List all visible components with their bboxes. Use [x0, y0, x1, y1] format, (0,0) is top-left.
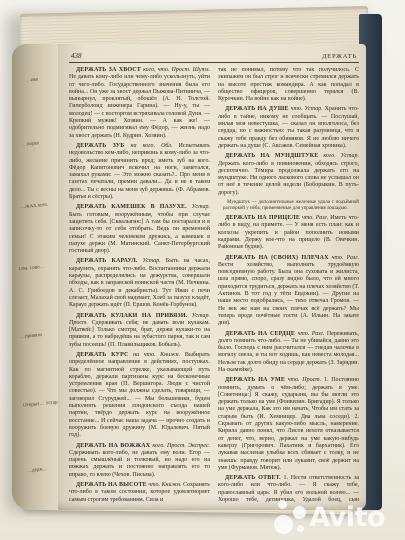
dictionary-entry: ДЕРЖАТЬ ЗУБ на кого. Обл. Испытывать нед…: [69, 143, 210, 201]
dictionary-entry: ДЕРЖАТЬ НА ВОЖЖАХ кого. Прост. Экспрес. …: [69, 443, 210, 479]
entry-body: Держать кого-либо в повиновении, обходяс…: [218, 161, 359, 196]
page-fragment-text: …ике: [26, 77, 39, 83]
usage-label: кого. Прост. Экспрес.: [150, 443, 210, 449]
page-fragment-text: …ЖАХ кого.: [20, 203, 49, 210]
headword: ДЕРЖАТЬ ОТВЕТ.: [225, 475, 281, 481]
headword: ДЕРЖАТЬ ЗА ХВОСТ: [76, 67, 141, 73]
headword: ДЕРЖАТЬ КАМЕШЕК В ПАЗУХЕ.: [76, 204, 187, 210]
left-column: ДЕРЖАТЬ ЗА ХВОСТ кого, что. Прост. Шутл.…: [69, 67, 210, 503]
previous-page-sliver: …ике …норах …ЖАХ кого. Оба. Гово… …привя…: [12, 44, 60, 510]
usage-label: что. Книжн.: [147, 482, 182, 488]
usage-label: Устар.: [187, 204, 210, 210]
entry-body: Не давать кому-либо или чему-либо усколь…: [69, 74, 210, 138]
headword: ДЕРЖАТЬ НА ПРИЦЕЛЕ: [225, 215, 300, 221]
running-head: 438 ДЕРЖАТЬ: [69, 52, 359, 63]
avito-logo-icon: [274, 500, 306, 534]
dictionary-entry: ДЕРЖАТЬ ОТВЕТ. 1. Нести ответственность …: [218, 475, 359, 503]
usage-label: Устар.: [137, 258, 160, 264]
dictionary-entry: ДЕРЖАТЬ НА ВЫСОТЕ что. Книжн. Сохранять …: [69, 482, 210, 503]
entry-body: Хранить что-либо в тайне, никому не сооб…: [218, 106, 359, 148]
dictionary-page: 438 ДЕРЖАТЬ ДЕРЖАТЬ ЗА ХВОСТ кого, что. …: [58, 44, 366, 510]
headword: ДЕРЖАТЬ НА ВЫСОТЕ: [76, 482, 147, 488]
dictionary-entry: ДЕРЖАТЬ НА УМЕ что. Прост. 1. Постоянно …: [218, 377, 359, 472]
dictionary-entry: ДЕРЖАТЬ НА (СВОИХ) ПЛЕЧАХ что. Разг. Вес…: [218, 255, 359, 328]
dictionary-entry: ДЕРЖАТЬ НА МУНДШТУКЕ кого. Устар. Держат…: [218, 153, 359, 197]
dictionary-entry: ДЕРЖАТЬ НА СЕРДЦЕ что. Разг. Переживать,…: [218, 331, 359, 375]
avito-watermark: Avito: [274, 500, 385, 534]
page-number: 438: [71, 52, 82, 60]
entry-body: Переживать, долго помнить что-либо. — Ты…: [218, 331, 359, 373]
product-photo: …ике …норах …ЖАХ кого. Оба. Гово… …привя…: [0, 0, 405, 540]
entry-body: Выбирать определённое направление в дейс…: [69, 352, 210, 438]
usage-label: что. Разг.: [295, 331, 324, 337]
entry-body: Быть готовым, вооружённым, чтобы при слу…: [69, 212, 210, 254]
dictionary-entry: ДЕРЖАТЬ КАМЕШЕК В ПАЗУХЕ. Устар. Быть го…: [69, 204, 210, 255]
entry-body: Сдерживать кого-либо, не давать ему воли…: [69, 450, 210, 478]
usage-label: что. Разг.: [300, 215, 328, 221]
page-fragment-text: …держ…: [27, 467, 48, 474]
usage-label: на что. Книжн.: [128, 352, 180, 358]
text-columns: ДЕРЖАТЬ ЗА ХВОСТ кого, что. Прост. Шутл.…: [69, 67, 359, 503]
headword: ДЕРЖАТЬ НА ДУШЕ: [225, 106, 289, 112]
entry-body: Испытывать недовольство кем-либо, неприя…: [69, 143, 210, 200]
dictionary-entry: ДЕРЖАТЬ КУЛАКИ НА ПРИВЯЗИ. Устар. Прост.…: [69, 313, 210, 349]
headword: ДЕРЖАТЬ КУРС: [76, 352, 128, 358]
headword: ДЕРЖАТЬ КУЛАКИ НА ПРИВЯЗИ.: [76, 313, 187, 319]
entry-body: Быть на часах, караулить, охранять что-л…: [69, 258, 210, 308]
dictionary-entry: ДЕРЖАТЬ КАРАУЛ. Устар. Быть на часах, ка…: [69, 258, 210, 309]
entry-body: Сдерживать себя; не давать воли кулакам.…: [69, 320, 210, 348]
dictionary-entry: ДЕРЖАТЬ ЗА ХВОСТ кого, что. Прост. Шутл.…: [69, 67, 210, 140]
entry-body: Вести хозяйство, выполнять трудоёмкую по…: [218, 262, 359, 326]
headword: ДЕРЖАТЬ НА МУНДШТУКЕ: [225, 153, 318, 159]
dictionary-entry: ДЕРЖАТЬ НА ДУШЕ что. Устар. Хранить что-…: [218, 106, 359, 150]
page-fragment-text: Открыт… Устар.: [23, 400, 59, 408]
entry-continuation: так не понимал, потому что так получилос…: [218, 67, 359, 103]
page-fragment-text: …привязи: [20, 333, 42, 340]
right-column: так не понимал, потому что так получилос…: [218, 67, 359, 503]
usage-label: на кого. Обл.: [124, 143, 172, 149]
page-fragment-text: …норах: [22, 141, 40, 147]
running-title: ДЕРЖАТЬ: [322, 53, 357, 60]
headword: ДЕРЖАТЬ НА УМЕ: [225, 377, 285, 383]
watermark-label: Avito: [309, 502, 385, 533]
usage-label: что. Устар.: [289, 106, 323, 112]
headword: ДЕРЖАТЬ НА ВОЖЖАХ: [76, 443, 150, 449]
usage-label: что. Разг.: [329, 255, 359, 261]
usage-label: что. Прост.: [285, 377, 321, 383]
dictionary-entry: ДЕРЖАТЬ КУРС на что. Книжн. Выбирать опр…: [69, 352, 210, 440]
dictionary-entry: ДЕРЖАТЬ НА ПРИЦЕЛЕ что. Разг. Иметь что-…: [218, 215, 359, 251]
open-book: …ике …норах …ЖАХ кого. Оба. Гово… …привя…: [12, 8, 382, 514]
entry-footnote: Мундштук — дополнительные железные удила…: [223, 200, 359, 212]
usage-label: кого. Устар.: [318, 153, 359, 159]
headword: ДЕРЖАТЬ НА СЕРДЦЕ: [225, 331, 295, 337]
page-content: 438 ДЕРЖАТЬ ДЕРЖАТЬ ЗА ХВОСТ кого, что. …: [58, 44, 366, 510]
usage-label: кого, что. Прост. Шутл.: [141, 67, 210, 73]
headword: ДЕРЖАТЬ ЗУБ: [76, 143, 124, 149]
headword: ДЕРЖАТЬ НА (СВОИХ) ПЛЕЧАХ: [225, 255, 329, 261]
headword: ДЕРЖАТЬ КАРАУЛ.: [76, 258, 137, 264]
page-fragment-text: Оба. Гово…: [19, 265, 45, 272]
entry-body: 1. Постоянно помнить, думать о чём-либо;…: [218, 377, 359, 471]
